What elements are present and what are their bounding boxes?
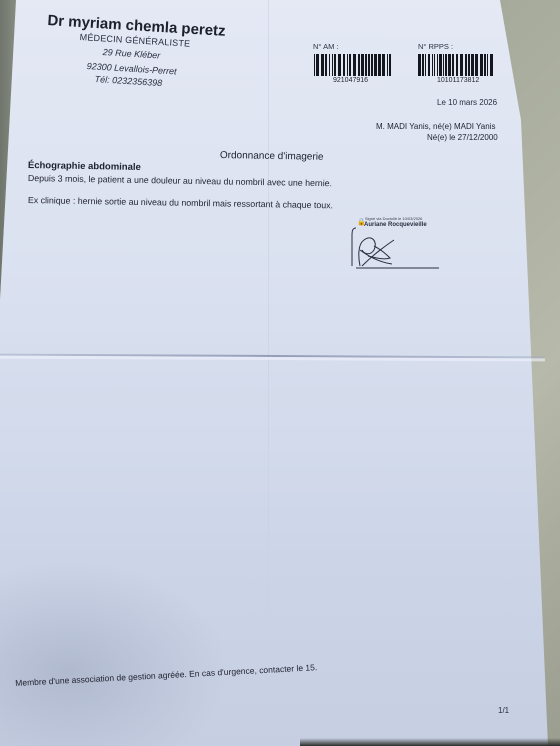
handwritten-signature: [348, 220, 443, 272]
rpps-label: N° RPPS :: [418, 42, 453, 51]
rpps-number: 10101173812: [437, 77, 479, 84]
patient-birthdate: Né(e) le 27/12/2000: [427, 133, 498, 142]
prescription-document: Dr myriam chemla peretz MÉDECIN GÉNÉRALI…: [0, 0, 560, 746]
am-label: N° AM :: [313, 42, 339, 51]
doctor-phone: Tél: 0232356398: [94, 74, 162, 88]
doctor-address: 29 Rue Kléber: [102, 47, 160, 60]
patient-name: M. MADI Yanis, né(e) MADI Yanis: [376, 122, 495, 131]
clinical-note-2: Ex clinique : hernie sortie au niveau du…: [28, 195, 333, 210]
table-edge: [300, 738, 560, 746]
am-number: 921047916: [333, 77, 368, 84]
rpps-barcode: [418, 54, 496, 76]
document-title: Ordonnance d'imagerie: [220, 150, 324, 163]
clinical-note-1: Depuis 3 mois, le patient a une douleur …: [28, 173, 332, 188]
prescription-date: Le 10 mars 2026: [437, 98, 497, 107]
page-number: 1/1: [498, 706, 509, 715]
footer-note: Membre d'une association de gestion agré…: [15, 662, 317, 688]
am-barcode: [314, 54, 394, 76]
exam-name: Échographie abdominale: [28, 160, 141, 173]
